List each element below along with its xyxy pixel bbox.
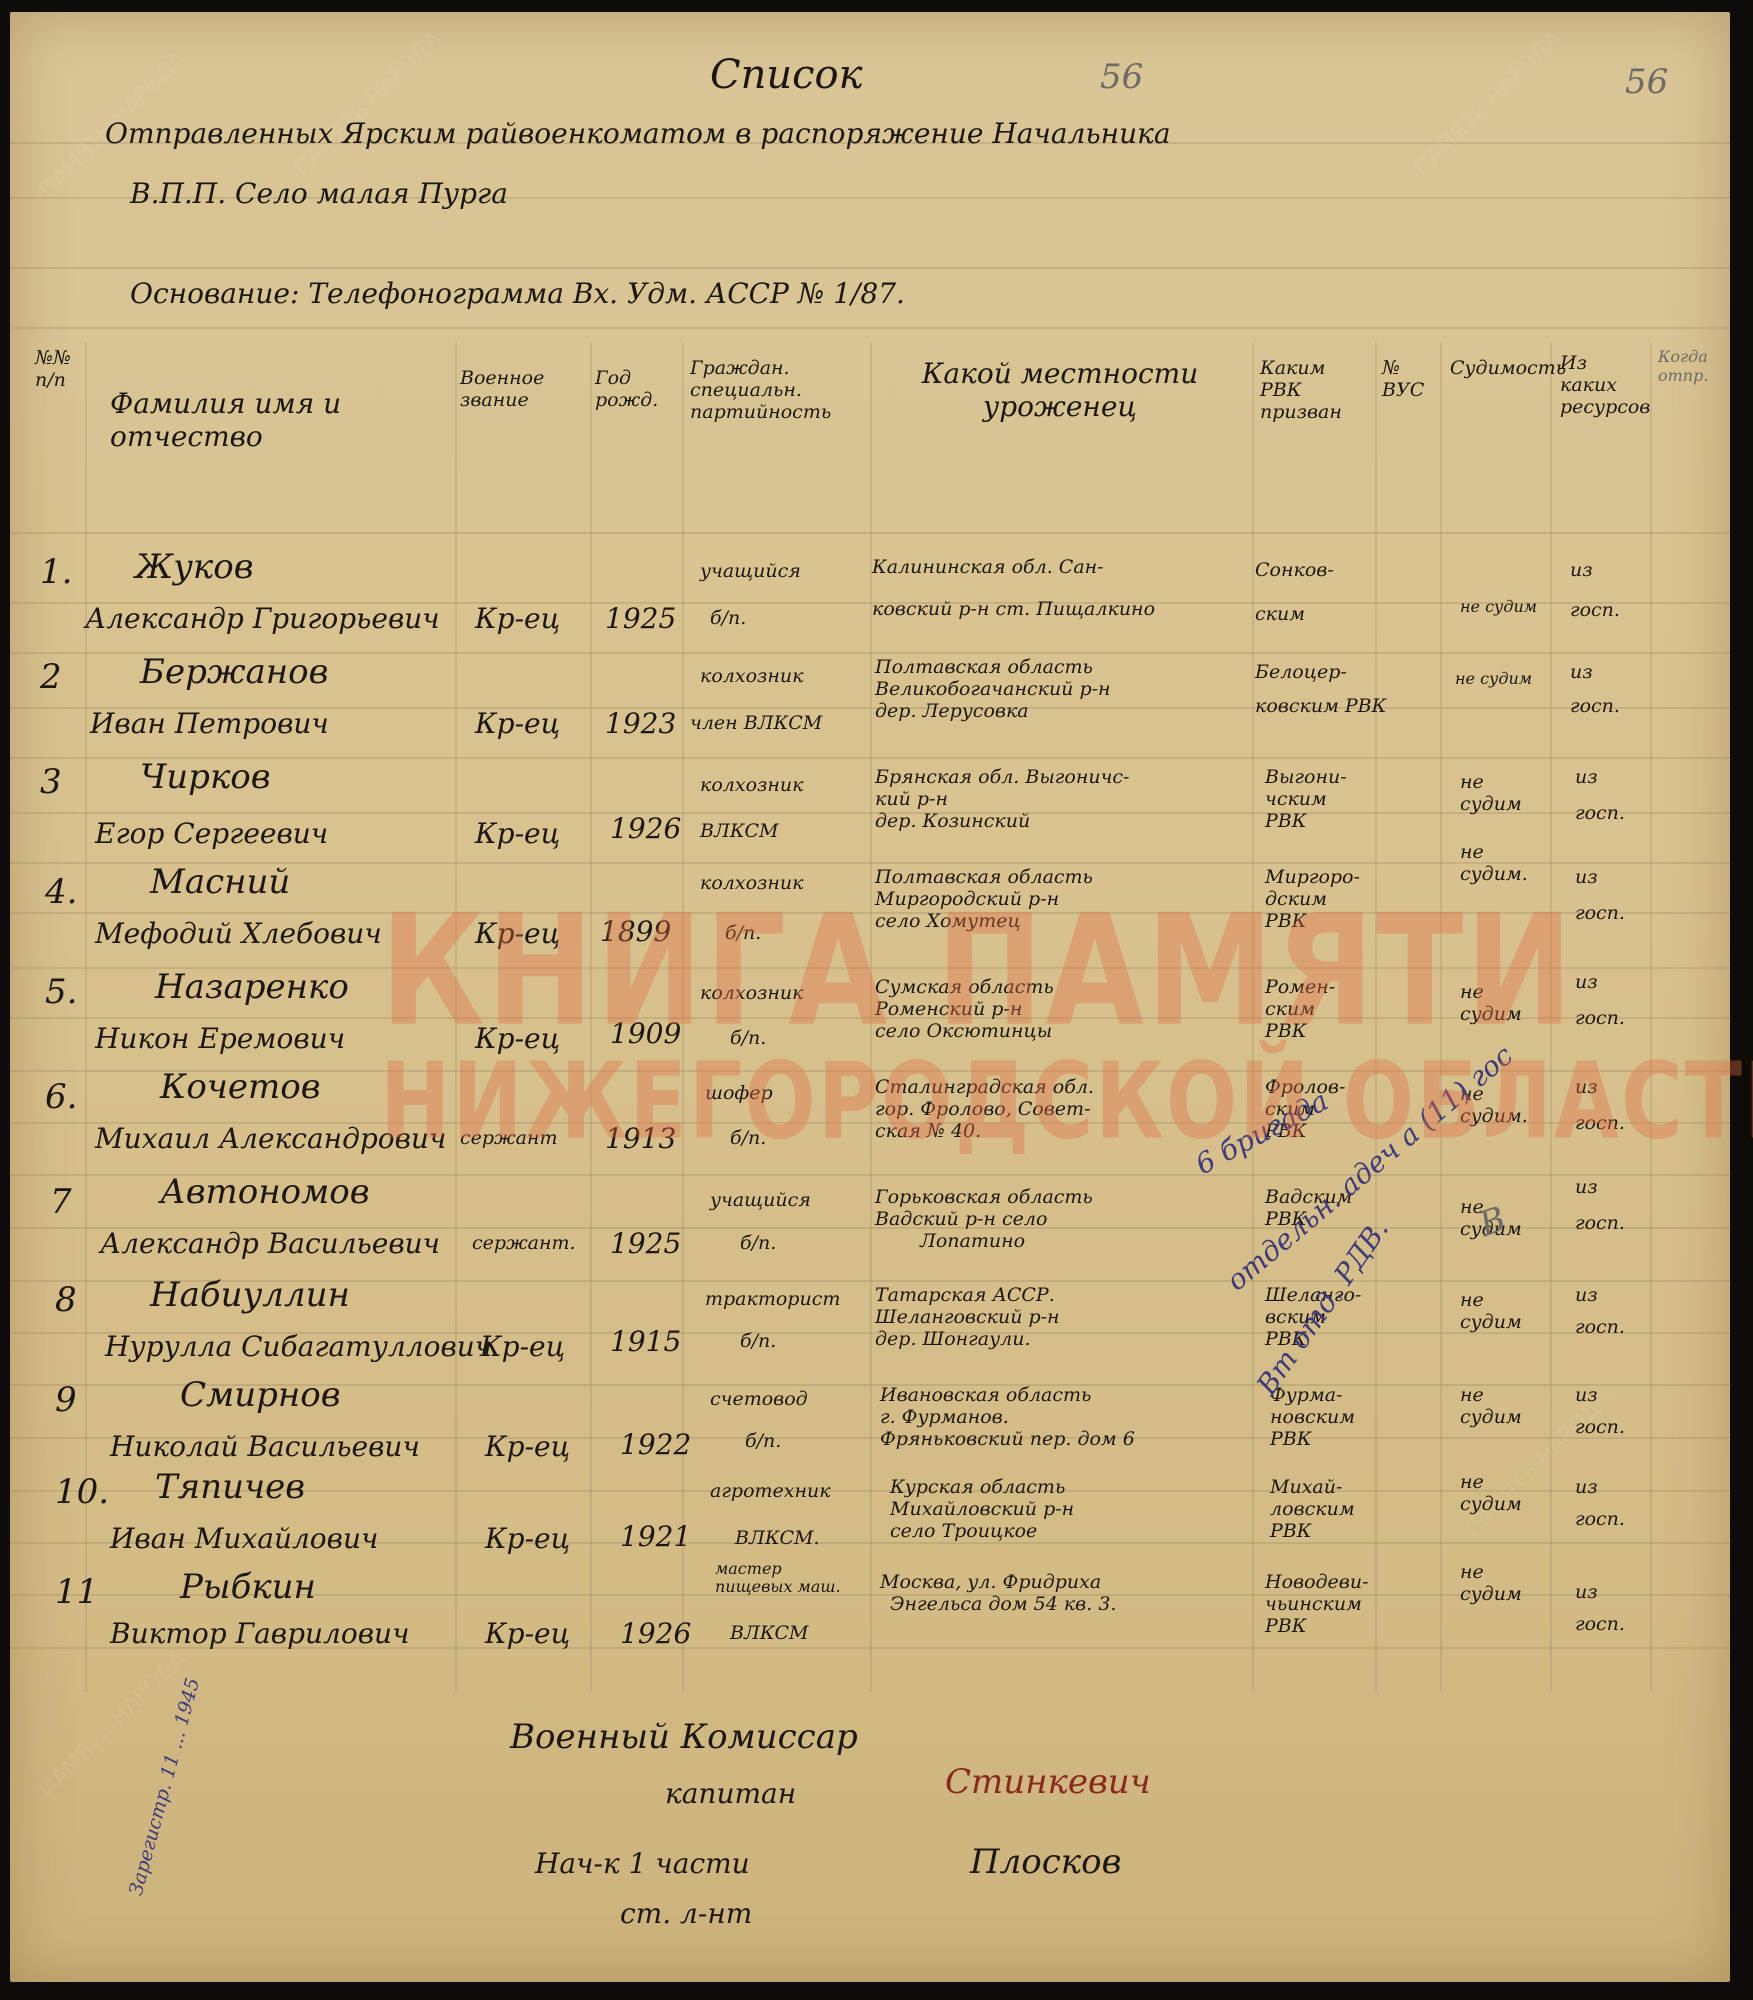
row-rank: Кр-ец (485, 1617, 570, 1650)
row-conviction: не судим. (1460, 842, 1528, 886)
commissar-rank: капитан (665, 1777, 796, 1810)
row-origin: Полтавская область Великобогачанский р-н… (875, 657, 1111, 723)
row-given-name: Нурулла Сибагатуллович (105, 1330, 492, 1363)
row-given-name: Иван Михайлович (110, 1522, 378, 1555)
row-origin: Курская область Михайловский р-н село Тр… (890, 1477, 1074, 1543)
row-civil-specialty: колхозник (700, 774, 804, 796)
row-surname: Тяпичев (155, 1467, 305, 1507)
row-number: 10. (55, 1472, 109, 1512)
row-surname: Кочетов (160, 1067, 321, 1107)
row-year: 1926 (620, 1617, 691, 1650)
row-given-name: Иван Петрович (90, 707, 329, 740)
archive-number: 56 (1100, 57, 1143, 97)
row-surname: Смирнов (180, 1375, 341, 1415)
col-header-rvk: Каким РВК призван (1260, 357, 1370, 423)
row-civil-specialty: колхозник (700, 665, 804, 687)
row-year: 1921 (620, 1520, 691, 1553)
row-surname: Рыбкин (180, 1567, 316, 1607)
row-year: 1926 (610, 812, 681, 845)
row-given-name: Виктор Гаврилович (110, 1617, 409, 1650)
row-resources: из госп. (1575, 867, 1625, 925)
row-civil-specialty: счетовод (710, 1388, 808, 1410)
row-party: ВЛКСМ (730, 1622, 809, 1644)
column-rule (1650, 342, 1652, 1692)
row-rank: Кр-ец (475, 602, 560, 635)
commissar-signature: Стинкевич (945, 1762, 1151, 1802)
col-header-num: №№ п/п (35, 347, 75, 391)
row-number: 4. (45, 872, 77, 912)
document-title: Список (710, 52, 863, 98)
row-given-name: Николай Васильевич (110, 1430, 420, 1463)
row-rvk: Михай- ловским РВК (1270, 1477, 1355, 1543)
row-given-name: Мефодий Хлебович (95, 917, 382, 950)
row-year: 1923 (605, 707, 676, 740)
row-origin: Калининская обл. Сан- ковский р-н ст. Пи… (872, 557, 1155, 621)
col-header-conviction: Судимость (1450, 357, 1545, 379)
row-rvk: Фурма- новским РВК (1270, 1385, 1355, 1451)
row-resources: из госп. (1575, 972, 1625, 1030)
row-rank: Кр-ец (475, 817, 560, 850)
col-header-when-sent: Когда отпр. (1658, 347, 1728, 385)
row-origin: Брянская обл. Выгоничс- кий р-н дер. Коз… (875, 767, 1129, 833)
watermark-tile: ПАМЯТЬ НАРОДА (1410, 26, 1566, 182)
row-rank: сержант. (472, 1232, 576, 1254)
watermark-book-of-memory: КНИГА ПАМЯТИ (380, 882, 1575, 1061)
row-resources: из госп. (1570, 662, 1620, 718)
row-given-name: Александр Григорьевич (85, 602, 440, 635)
row-party: б/п. (740, 1330, 776, 1352)
row-rank: Кр-ец (485, 1522, 570, 1555)
row-given-name: Егор Сергеевич (95, 817, 328, 850)
row-surname: Назаренко (155, 967, 349, 1007)
row-party: б/п. (710, 607, 746, 629)
chief-rank: ст. л-нт (620, 1897, 752, 1930)
col-header-name: Фамилия имя и отчество (110, 387, 440, 453)
row-conviction: не судим (1460, 1290, 1522, 1334)
row-resources: из госп. (1575, 767, 1625, 825)
row-number: 3 (40, 762, 62, 802)
row-origin: Татарская АССР. Шеланговский р-н дер. Шо… (875, 1285, 1060, 1351)
row-number: 11 (55, 1572, 98, 1612)
row-origin: Ивановская область г. Фурманов. Фряньков… (880, 1385, 1135, 1451)
col-header-resources: Из каких ресурсов (1560, 352, 1645, 418)
row-resources: из госп. (1570, 560, 1620, 622)
row-number: 9 (55, 1380, 77, 1420)
row-resources: из госп. (1575, 1477, 1625, 1531)
row-rvk: Выгони- чским РВК (1265, 767, 1347, 833)
row-number: 7 (50, 1182, 72, 1222)
row-party: б/п. (745, 1430, 781, 1452)
ruled-line (10, 327, 1730, 329)
row-year: 1922 (620, 1428, 691, 1461)
row-party: член ВЛКСМ (690, 712, 822, 734)
row-number: 1. (40, 552, 72, 592)
row-rank: Кр-ец (480, 1330, 565, 1363)
row-origin: Горьковская область Вадский р-н село Лоп… (875, 1187, 1093, 1253)
heading-line-1: Отправленных Ярским райвоенкоматом в рас… (105, 117, 1171, 150)
row-year: 1915 (610, 1325, 681, 1358)
row-surname: Чирков (140, 757, 271, 797)
archive-number-corner: 56 (1625, 62, 1668, 102)
row-conviction: не судим (1460, 1562, 1522, 1606)
row-party: ВЛКСМ (700, 820, 779, 842)
row-number: 6. (45, 1077, 77, 1117)
row-rvk: Новодеви- чьинским РВК (1265, 1572, 1369, 1638)
row-given-name: Александр Васильевич (100, 1227, 440, 1260)
row-origin: Москва, ул. Фридриха Энгельса дом 54 кв.… (880, 1572, 1116, 1616)
row-resources: из госп. (1575, 1582, 1625, 1636)
row-party: ВЛКСМ. (735, 1527, 820, 1549)
row-party: б/п. (740, 1232, 776, 1254)
basis-line: Основание: Телефонограмма Вх. Удм. АССР … (130, 277, 905, 310)
document-page: ПАМЯТЬ НАРОДА ПАМЯТЬ НАРОДА ПАМЯТЬ НАРОД… (10, 12, 1730, 1982)
row-resources: из госп. (1575, 1385, 1625, 1439)
row-conviction: не судим (1460, 597, 1537, 616)
row-surname: Масний (150, 862, 290, 902)
row-number: 2 (40, 657, 62, 697)
row-surname: Бержанов (140, 652, 328, 692)
chief-title: Нач-к 1 части (535, 1847, 750, 1880)
row-surname: Жуков (135, 547, 254, 587)
heading-line-2: В.П.П. Село малая Пурга (130, 177, 508, 210)
col-header-rank: Военное звание (460, 367, 580, 411)
row-resources: из госп. (1575, 1285, 1625, 1339)
row-rank: Кр-ец (485, 1430, 570, 1463)
row-conviction: не судим (1460, 1472, 1522, 1516)
row-conviction: не судим (1460, 772, 1522, 816)
col-header-origin: Какой местности уроженец (890, 357, 1230, 423)
row-civil-specialty: мастер пищевых маш. (715, 1560, 841, 1597)
row-civil-specialty: учащийся (710, 1189, 811, 1211)
commissar-title: Военный Комиссар (510, 1717, 858, 1757)
col-header-civil: Граждан. специальн. партийность (690, 357, 860, 423)
row-surname: Автономов (160, 1172, 370, 1212)
row-conviction: не судим (1455, 669, 1532, 688)
row-number: 8 (55, 1280, 77, 1320)
col-header-vus: № ВУС (1382, 357, 1437, 401)
col-header-year: Год рожд. (595, 367, 675, 411)
row-year: 1925 (605, 602, 676, 635)
row-civil-specialty: тракторист (705, 1288, 840, 1310)
row-given-name: Никон Еремович (95, 1022, 345, 1055)
chief-signature: Плосков (970, 1842, 1121, 1882)
row-rvk: Белоцер- ковским РВК (1255, 662, 1386, 718)
row-rvk: Сонков- ским (1255, 560, 1334, 626)
row-rank: Кр-ец (475, 707, 560, 740)
row-surname: Набиуллин (150, 1275, 350, 1315)
watermark-region: НИЖЕГОРОДСКОЙ ОБЛАСТИ (380, 1040, 1753, 1163)
ruled-line (10, 267, 1730, 269)
row-resources: из госп. (1575, 1177, 1625, 1235)
row-conviction: не судим (1460, 1385, 1522, 1429)
row-year: 1925 (610, 1227, 681, 1260)
row-civil-specialty: учащийся (700, 560, 801, 582)
watermark-tile: ПАМЯТЬ НАРОДА (290, 26, 446, 182)
row-civil-specialty: агротехник (710, 1480, 831, 1502)
row-number: 5. (45, 972, 77, 1012)
